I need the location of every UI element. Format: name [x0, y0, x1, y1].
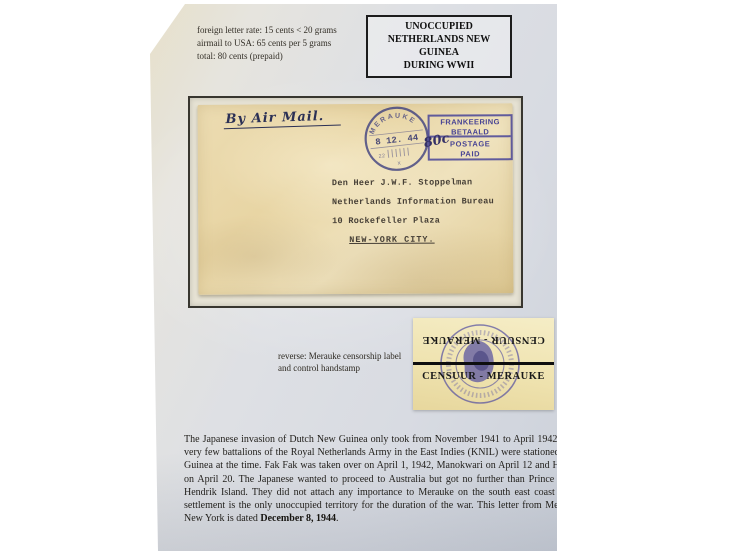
paid-line: PAID: [430, 149, 511, 159]
paid-line: FRANKEERING: [430, 117, 511, 127]
postmark-aux-bottom: x: [397, 159, 402, 166]
envelope: By Air Mail. MERAUKE 8 12. 44 22 x: [198, 103, 514, 295]
postmark-aux-left: 22: [378, 152, 385, 160]
address-line: 10 Rockefeller Plaza: [332, 211, 494, 231]
paragraph-suffix: .: [336, 513, 339, 524]
title-line: DURING WWII: [370, 59, 508, 72]
censor-text-inverted: CENSUUR - MERAUKE: [413, 334, 554, 345]
svg-text:MERAUKE: MERAUKE: [367, 110, 418, 136]
rate-note: foreign letter rate: 15 cents < 20 grams…: [197, 24, 337, 62]
censor-divider: [413, 362, 554, 365]
caption-line: and control handstamp: [278, 363, 401, 375]
address-line: Netherlands Information Bureau: [332, 192, 494, 212]
paragraph-date-bold: December 8, 1944: [260, 513, 336, 524]
address-block: Den Heer J.W.F. Stoppelman Netherlands I…: [332, 173, 494, 250]
rate-note-line: foreign letter rate: 15 cents < 20 grams: [197, 24, 337, 37]
censor-text: CENSUUR - MERAUKE: [413, 371, 554, 382]
title-line: UNOCCUPIED: [370, 20, 508, 33]
address-line-city: NEW-YORK CITY.: [349, 230, 494, 250]
paragraph-text: The Japanese invasion of Dutch New Guine…: [184, 434, 557, 524]
postmark-town: MERAUKE: [367, 110, 418, 136]
exhibit-title-box: UNOCCUPIED NETHERLANDS NEW GUINEA DURING…: [366, 15, 512, 78]
rate-note-line: airmail to USA: 65 cents per 5 grams: [197, 37, 337, 50]
description-paragraph: The Japanese invasion of Dutch New Guine…: [184, 433, 557, 533]
airmail-text: By Air Mail.: [223, 109, 340, 130]
title-line: NETHERLANDS NEW GUINEA: [370, 33, 508, 59]
album-page-photo: foreign letter rate: 15 cents < 20 grams…: [150, 4, 557, 551]
caption-line: reverse: Merauke censorship label: [278, 351, 401, 363]
rate-note-line: total: 80 cents (prepaid): [197, 50, 337, 63]
cover-frame: By Air Mail. MERAUKE 8 12. 44 22 x: [188, 96, 523, 308]
address-line: Den Heer J.W.F. Stoppelman: [332, 173, 494, 193]
label-caption: reverse: Merauke censorship label and co…: [278, 351, 401, 375]
airmail-manuscript: By Air Mail.: [223, 109, 340, 130]
censor-label: CENSUUR - MERAUKE CENSUUR - MERAUKE: [413, 318, 554, 410]
